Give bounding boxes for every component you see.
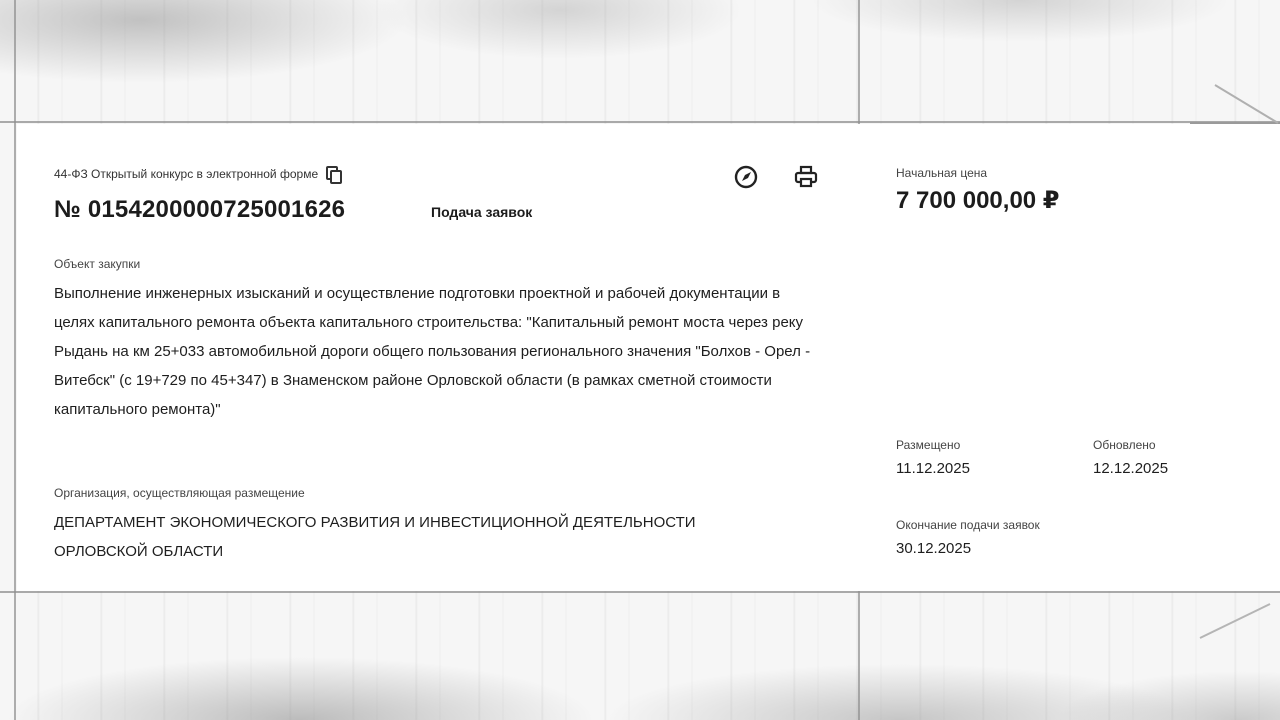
object-label: Объект закупки (54, 257, 140, 271)
top-divider (0, 121, 1280, 123)
organization-name[interactable]: Департамент экономического развития и ин… (54, 508, 734, 566)
purchase-card: 44-ФЗ Открытый конкурс в электронной фор… (17, 124, 1280, 591)
organization-label: Организация, осуществляющая размещение (54, 486, 305, 500)
arrow-decoration-lower-icon (1190, 600, 1280, 640)
print-button[interactable] (791, 162, 821, 192)
open-card-button[interactable] (731, 162, 761, 192)
placed-date: 11.12.2025 (896, 460, 970, 477)
updated-date: 12.12.2025 (1093, 460, 1168, 477)
placed-label: Размещено (896, 438, 970, 452)
purchase-side-column: Начальная цена 7 700 000,00 ₽ Размещено … (860, 124, 1280, 591)
deadline-date-block: Окончание подачи заявок 30.12.2025 (896, 518, 1040, 558)
compass-link-icon (733, 164, 759, 190)
deadline-label: Окончание подачи заявок (896, 518, 1040, 532)
updated-label: Обновлено (1093, 438, 1168, 452)
procedure-type-row: 44-ФЗ Открытый конкурс в электронной фор… (54, 166, 340, 182)
deadline-date: 30.12.2025 (896, 540, 971, 557)
placed-date-block: Размещено 11.12.2025 (896, 438, 970, 478)
status-badge: Подача заявок (431, 204, 532, 220)
price-value: 7 700 000,00 ₽ (896, 186, 1060, 215)
purchase-number[interactable]: № 0154200000725001626 (54, 196, 345, 224)
procedure-type: 44-ФЗ Открытый конкурс в электронной фор… (54, 167, 318, 181)
purchase-main-column: 44-ФЗ Открытый конкурс в электронной фор… (17, 124, 858, 591)
updated-date-block: Обновлено 12.12.2025 (1093, 438, 1168, 478)
object-description: Выполнение инженерных изысканий и осущес… (54, 279, 824, 424)
left-divider (14, 0, 16, 720)
printer-icon (793, 164, 819, 190)
price-label: Начальная цена (896, 166, 987, 180)
copy-icon[interactable] (326, 166, 340, 182)
bottom-divider (0, 591, 1280, 593)
